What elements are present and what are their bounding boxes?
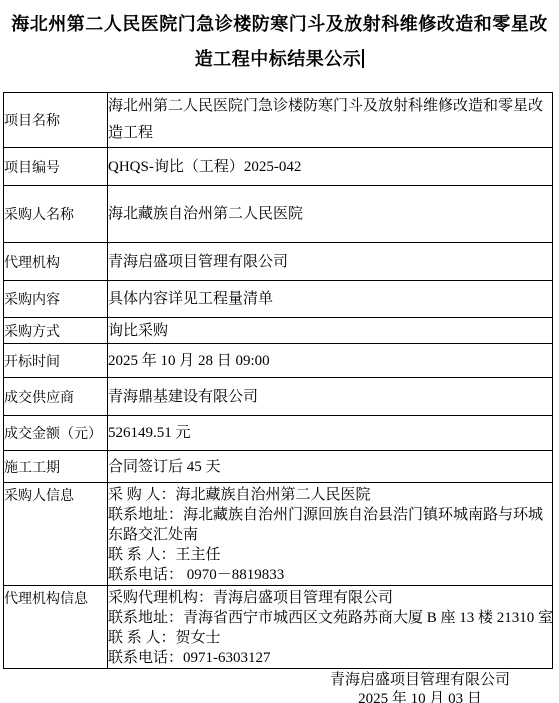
table-row: 代理机构信息采购代理机构：青海启盛项目管理有限公司联系地址：青海省西宁市城西区文… [4, 586, 553, 669]
purchaser-info-value: 采 购 人：海北藏族自治州第二人民医院联系地址：海北藏族自治州门源回族自治县浩门… [108, 483, 553, 586]
table-row: 采购人信息采 购 人：海北藏族自治州第二人民医院联系地址：海北藏族自治州门源回族… [4, 483, 553, 586]
construction-period-value: 合同签订后 45 天 [108, 451, 553, 483]
title-line-1: 海北州第二人民医院门急诊楼防寒门斗及放射科维修改造和零星改 [11, 14, 548, 34]
project-name-text: 海北州第二人民医院门急诊楼防寒门斗及放射科维修改造和零星改造工程 [108, 93, 552, 147]
purchaser-info-line: 采 购 人：海北藏族自治州第二人民医院 [108, 485, 552, 505]
bid-opening-time-label: 开标时间 [4, 344, 108, 378]
procurement-content-value: 具体内容详见工程量清单 [108, 281, 553, 318]
table-row: 采购内容具体内容详见工程量清单 [4, 281, 553, 318]
procurement-content-label: 采购内容 [4, 281, 108, 318]
text-cursor-caret [362, 49, 364, 68]
table-row: 施工工期合同签订后 45 天 [4, 451, 553, 483]
agency-info-line: 采购代理机构：青海启盛项目管理有限公司 [108, 588, 552, 608]
agency-info-line: 联系地址：青海省西宁市城西区文苑路苏商大厦 B 座 13 楼 21310 室 [108, 608, 552, 628]
procurement-content-text: 具体内容详见工程量清单 [108, 290, 552, 308]
project-number-value: QHQS-询比（工程）2025-042 [108, 148, 553, 186]
document-page: 海北州第二人民医院门急诊楼防寒门斗及放射科维修改造和零星改 造工程中标结果公示 … [0, 0, 559, 703]
construction-period-label: 施工工期 [4, 451, 108, 483]
table-row: 代理机构青海启盛项目管理有限公司 [4, 243, 553, 281]
winning-supplier-text: 青海鼎基建设有限公司 [108, 388, 552, 406]
table-row: 成交金额（元）526149.51 元 [4, 416, 553, 451]
purchaser-name-value: 海北藏族自治州第二人民医院 [108, 186, 553, 243]
announcement-table: 项目名称海北州第二人民医院门急诊楼防寒门斗及放射科维修改造和零星改造工程项目编号… [3, 92, 553, 669]
purchaser-name-text: 海北藏族自治州第二人民医院 [108, 205, 552, 223]
table-row: 项目名称海北州第二人民医院门急诊楼防寒门斗及放射科维修改造和零星改造工程 [4, 93, 553, 148]
bid-opening-time-text: 2025 年 10 月 28 日 09:00 [108, 352, 552, 370]
signature-block: 青海启盛项目管理有限公司 2025 年 10 月 03 日 [305, 671, 535, 703]
bid-opening-time-value: 2025 年 10 月 28 日 09:00 [108, 344, 553, 378]
procurement-method-value: 询比采购 [108, 318, 553, 344]
construction-period-text: 合同签订后 45 天 [108, 458, 552, 476]
winning-supplier-value: 青海鼎基建设有限公司 [108, 378, 553, 416]
agency-info-line: 联系电话：0971-6303127 [108, 648, 552, 668]
transaction-amount-value: 526149.51 元 [108, 416, 553, 451]
transaction-amount-text: 526149.51 元 [108, 424, 552, 442]
purchaser-info-line: 东路交汇处南 [108, 525, 552, 545]
purchaser-info-label: 采购人信息 [4, 483, 108, 586]
agency-label: 代理机构 [4, 243, 108, 281]
project-name-label: 项目名称 [4, 93, 108, 148]
transaction-amount-label: 成交金额（元） [4, 416, 108, 451]
procurement-method-text: 询比采购 [108, 322, 552, 340]
table-row: 采购人名称海北藏族自治州第二人民医院 [4, 186, 553, 243]
table-row: 项目编号QHQS-询比（工程）2025-042 [4, 148, 553, 186]
procurement-method-label: 采购方式 [4, 318, 108, 344]
signature-date: 2025 年 10 月 03 日 [305, 690, 535, 703]
title-line-2: 造工程中标结果公示 [195, 49, 362, 69]
table-row: 采购方式询比采购 [4, 318, 553, 344]
agency-info-value: 采购代理机构：青海启盛项目管理有限公司联系地址：青海省西宁市城西区文苑路苏商大厦… [108, 586, 553, 669]
project-number-text: QHQS-询比（工程）2025-042 [108, 158, 552, 176]
project-name-value: 海北州第二人民医院门急诊楼防寒门斗及放射科维修改造和零星改造工程 [108, 93, 553, 148]
table-row: 开标时间2025 年 10 月 28 日 09:00 [4, 344, 553, 378]
page-title: 海北州第二人民医院门急诊楼防寒门斗及放射科维修改造和零星改 造工程中标结果公示 [0, 0, 559, 77]
project-number-label: 项目编号 [4, 148, 108, 186]
purchaser-info-line: 联系电话： 0970－8819833 [108, 565, 552, 585]
winning-supplier-label: 成交供应商 [4, 378, 108, 416]
table-row: 成交供应商青海鼎基建设有限公司 [4, 378, 553, 416]
purchaser-info-line: 联 系 人：王主任 [108, 545, 552, 565]
agency-text: 青海启盛项目管理有限公司 [108, 253, 552, 271]
agency-info-line: 联 系 人：贺女士 [108, 628, 552, 648]
purchaser-name-label: 采购人名称 [4, 186, 108, 243]
purchaser-info-line: 联系地址：海北藏族自治州门源回族自治县浩门镇环城南路与环城 [108, 505, 552, 525]
agency-info-label: 代理机构信息 [4, 586, 108, 669]
agency-value: 青海启盛项目管理有限公司 [108, 243, 553, 281]
signature-company: 青海启盛项目管理有限公司 [305, 671, 535, 690]
